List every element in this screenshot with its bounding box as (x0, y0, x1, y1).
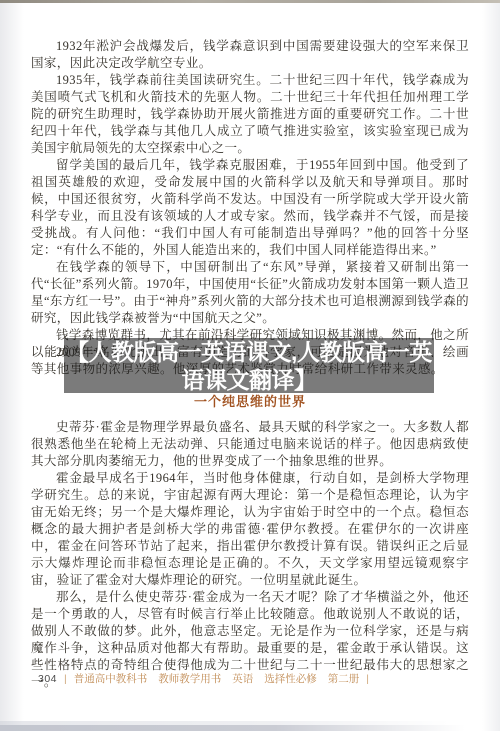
body-paragraph: 留学美国的最后几年，钱学森克服困难，于1955年回到中国。他受到了祖国英雄般的欢… (31, 157, 469, 259)
footer-item-teacher-guide: 教师教学用书 (158, 673, 221, 685)
page-footer: 304|普通高中教科书教师教学用书英语选择性必修第二册| (38, 671, 369, 686)
body-paragraph: 史蒂芬·霍金是物理学界最负盛名、最具天赋的科学家之一。大多数人都很熟悉他坐在轮椅… (31, 419, 469, 470)
body-paragraph: 1935年，钱学森前往美国读研究生。二十世纪三四十年代，钱学森成为美国喷气式飞机… (31, 72, 469, 157)
page-bottom-edge (0, 725, 500, 731)
footer-item-volume: 第二册 (328, 673, 360, 685)
footer-item-subject: 英语 (232, 673, 253, 685)
page-right-edge (482, 0, 500, 731)
section-hawking: 一个纯思维的世界 史蒂芬·霍金是物理学界最负盛名、最具天赋的科学家之一。大多数人… (31, 393, 469, 691)
body-paragraph: 霍金最早成名于1964年，当时他身体健康，行动自如，是剑桥大学物理学研究生。总的… (31, 470, 469, 589)
page-top-edge (0, 0, 500, 3)
footer-trailing-divider: | (366, 673, 369, 685)
footer-item-elective: 选择性必修 (264, 673, 317, 685)
ad-overlay-banner-text: 【人教版高一英语课文,人教版高一英语课文翻译】 (64, 338, 434, 394)
footer-item-book: 普通高中教科书 (74, 673, 148, 685)
section-heading: 一个纯思维的世界 (31, 393, 469, 410)
footer-divider: | (64, 673, 67, 685)
ad-overlay-banner[interactable]: 【人教版高一英语课文,人教版高一英语课文翻译】 (64, 338, 434, 393)
page-number: 304 (38, 673, 57, 685)
section-qian-xuesen: 1932年淞沪会战爆发后，钱学森意识到中国需要建设强大的空军来保卫国家，因此决定… (31, 38, 469, 378)
body-paragraph: 1932年淞沪会战爆发后，钱学森意识到中国需要建设强大的空军来保卫国家，因此决定… (31, 38, 469, 72)
page-left-edge (0, 0, 24, 731)
body-paragraph: 在钱学森的领导下，中国研制出了“东风”导弹，紧接着又研制出第一代“长征”系列火箭… (31, 259, 469, 327)
